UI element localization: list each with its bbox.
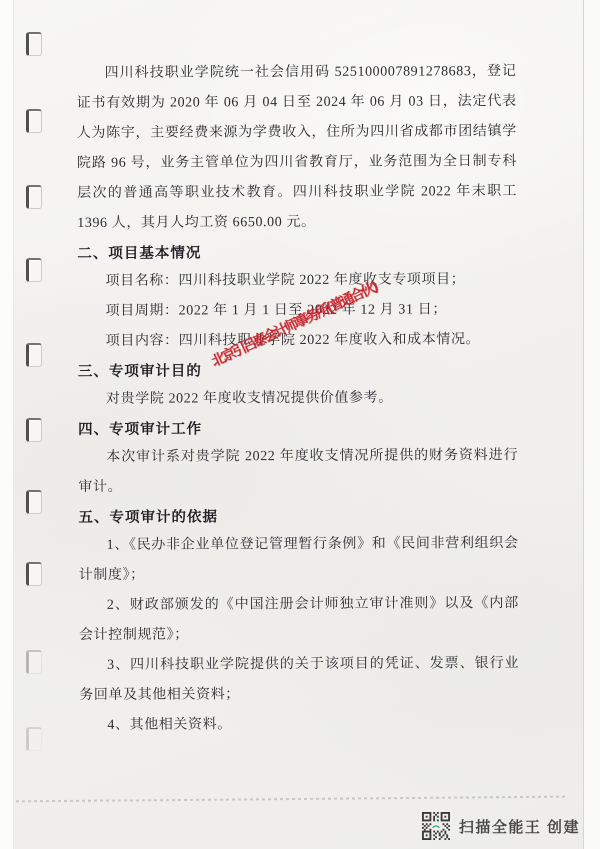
scanner-label: 扫描全能王 创建: [459, 816, 580, 837]
section-heading-audit-purpose: 三、专项审计目的: [78, 360, 518, 382]
section-heading-project-basics: 二、项目基本情况: [77, 242, 517, 264]
qr-code-icon: [422, 812, 450, 840]
paragraph-audit-work: 本次审计系对贵学院 2022 年度收支情况所提供的财务资料进行审计。: [78, 441, 518, 503]
scan-left-edge: [0, 0, 14, 849]
binder-hole: [26, 32, 42, 56]
scan-right-edge: [583, 0, 600, 849]
paragraph-basis-1: 1、《民办非企业单位登记管理暂行条例》和《民间非营利组织会计制度》；: [79, 529, 519, 591]
binder-hole: [26, 650, 42, 674]
binder-hole: [26, 258, 42, 282]
document-body: 四川科技职业学院统一社会信用码 525100007891278683，登记证书有…: [77, 57, 520, 741]
paragraph-audit-purpose: 对贵学院 2022 年度收支情况提供价值参考。: [78, 383, 518, 415]
section-heading-audit-work: 四、专项审计工作: [78, 418, 518, 440]
binder-hole: [26, 490, 42, 514]
paragraph-basis-3: 3、四川科技职业学院提供的关于该项目的凭证、发票、银行业务回单及其他相关资料；: [79, 649, 519, 711]
binder-hole: [26, 418, 42, 442]
binder-hole: [26, 109, 42, 133]
binder-hole: [26, 185, 42, 209]
paragraph-basis-2: 2、财政部颁发的《中国注册会计师独立审计准则》以及《内部会计控制规范》；: [79, 589, 519, 651]
paragraph-basis-4: 4、其他相关资料。: [79, 709, 519, 741]
section-heading-audit-basis: 五、专项审计的依据: [78, 506, 518, 528]
scanner-watermark: 扫描全能王 创建: [422, 812, 580, 840]
binder-hole: [26, 562, 42, 586]
paragraph-project-name: 项目名称：四川科技职业学院 2022 年度收支专项项目；: [77, 265, 517, 297]
paragraph-project-period: 项目周期：2022 年 1 月 1 日至 2022 年 12 月 31 日；: [78, 295, 518, 327]
binder-hole: [26, 343, 42, 367]
paragraph-project-content: 项目内容：四川科技职业学院 2022 年度收入和成本情况。: [78, 325, 518, 357]
binder-hole: [26, 727, 42, 751]
intro-paragraph: 四川科技职业学院统一社会信用码 525100007891278683，登记证书有…: [77, 57, 518, 239]
